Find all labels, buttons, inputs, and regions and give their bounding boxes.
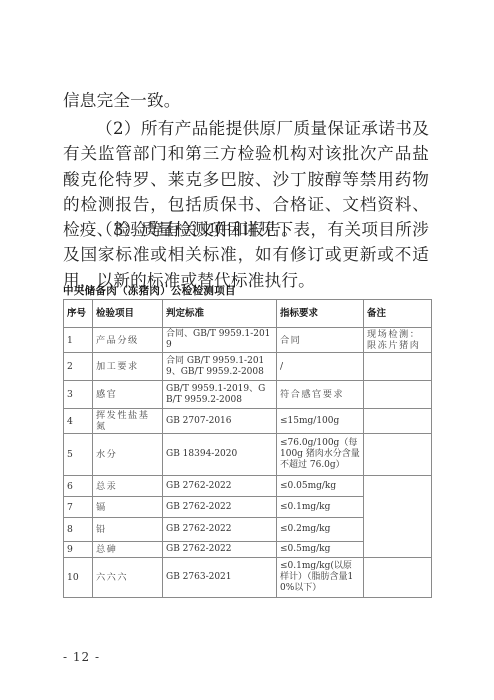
cell-requirement: ≤0.1mg/kg xyxy=(277,497,364,518)
cell-item: 加工要求 xyxy=(93,353,163,381)
table-header-row: 序号 检验项目 判定标准 指标要求 备注 xyxy=(64,300,432,328)
cell-item: 总砷 xyxy=(93,542,163,558)
table-row: 4 挥发性盐基氮 GB 2707-2016 ≤15mg/100g xyxy=(64,409,432,434)
cell-requirement: ≤76.0g/100g（每100g 猪肉水分含量不超过 76.0g） xyxy=(277,434,364,476)
table-row: 2 加工要求 合同 GB/T 9959.1-2019、GB/T 9959.2-2… xyxy=(64,353,432,381)
inspection-table: 序号 检验项目 判定标准 指标要求 备注 1 产品分级 合同、GB/T 9959… xyxy=(63,299,432,598)
cell-remark xyxy=(364,434,432,476)
cell-requirement: ≤0.05mg/kg xyxy=(277,476,364,497)
cell-no: 4 xyxy=(64,409,93,434)
document-page: 信息完全一致。 （2）所有产品能提供原厂质量保证承诺书及有关监管部门和第三方检验… xyxy=(0,0,494,700)
cell-no: 3 xyxy=(64,381,93,409)
cell-no: 5 xyxy=(64,434,93,476)
cell-requirement: ≤0.2mg/kg xyxy=(277,518,364,542)
cell-item: 总汞 xyxy=(93,476,163,497)
cell-item: 六六六 xyxy=(93,558,163,598)
table-row: 5 水分 GB 18394-2020 ≤76.0g/100g（每100g 猪肉水… xyxy=(64,434,432,476)
cell-item: 感官 xyxy=(93,381,163,409)
cell-requirement: 符合感官要求 xyxy=(277,381,364,409)
cell-remark xyxy=(364,353,432,381)
cell-remark-merged xyxy=(364,476,432,558)
cell-requirement: ≤0.1mg/kg(以原样计）（脂肪含量10%以下） xyxy=(277,558,364,598)
header-requirement: 指标要求 xyxy=(277,300,364,328)
cell-no: 1 xyxy=(64,328,93,353)
header-item: 检验项目 xyxy=(93,300,163,328)
cell-no: 8 xyxy=(64,518,93,542)
cell-item: 铅 xyxy=(93,518,163,542)
cell-no: 2 xyxy=(64,353,93,381)
cell-item: 水分 xyxy=(93,434,163,476)
cell-no: 10 xyxy=(64,558,93,598)
cell-standard: GB/T 9959.1-2019、GB/T 9959.2-2008 xyxy=(163,381,277,409)
cell-no: 9 xyxy=(64,542,93,558)
cell-remark xyxy=(364,558,432,598)
cell-standard: GB 2762-2022 xyxy=(163,518,277,542)
cell-standard: GB 2762-2022 xyxy=(163,476,277,497)
cell-standard: GB 2707-2016 xyxy=(163,409,277,434)
paragraph-continuation: 信息完全一致。 xyxy=(63,88,429,113)
table-title: 中央储备肉（冻猪肉）公检检测项目 xyxy=(63,283,236,298)
cell-standard: GB 2762-2022 xyxy=(163,542,277,558)
cell-standard: 合同 GB/T 9959.1-2019、GB/T 9959.2-2008 xyxy=(163,353,277,381)
table-row: 3 感官 GB/T 9959.1-2019、GB/T 9959.2-2008 符… xyxy=(64,381,432,409)
cell-requirement: ≤15mg/100g xyxy=(277,409,364,434)
cell-requirement: 合同 xyxy=(277,328,364,353)
header-no: 序号 xyxy=(64,300,93,328)
table-row: 10 六六六 GB 2763-2021 ≤0.1mg/kg(以原样计）（脂肪含量… xyxy=(64,558,432,598)
table-row: 1 产品分级 合同、GB/T 9959.1-2019 合同 现场检测：限冻片猪肉 xyxy=(64,328,432,353)
cell-requirement: / xyxy=(277,353,364,381)
cell-no: 6 xyxy=(64,476,93,497)
cell-standard: GB 2762-2022 xyxy=(163,497,277,518)
cell-standard: GB 18394-2020 xyxy=(163,434,277,476)
page-number: - 12 - xyxy=(63,650,100,664)
cell-item: 挥发性盐基氮 xyxy=(93,409,163,434)
cell-standard: 合同、GB/T 9959.1-2019 xyxy=(163,328,277,353)
cell-no: 7 xyxy=(64,497,93,518)
paragraph-item-3: （3）质量检测项目详见下表，有关项目所涉及国家标准或相关标准，如有修订或更新或不… xyxy=(63,217,429,293)
cell-item: 镉 xyxy=(93,497,163,518)
cell-remark xyxy=(364,381,432,409)
table-row: 6 总汞 GB 2762-2022 ≤0.05mg/kg xyxy=(64,476,432,497)
header-standard: 判定标准 xyxy=(163,300,277,328)
cell-remark xyxy=(364,409,432,434)
cell-requirement: ≤0.5mg/kg xyxy=(277,542,364,558)
header-remark: 备注 xyxy=(364,300,432,328)
cell-standard: GB 2763-2021 xyxy=(163,558,277,598)
cell-item: 产品分级 xyxy=(93,328,163,353)
cell-remark: 现场检测：限冻片猪肉 xyxy=(364,328,432,353)
